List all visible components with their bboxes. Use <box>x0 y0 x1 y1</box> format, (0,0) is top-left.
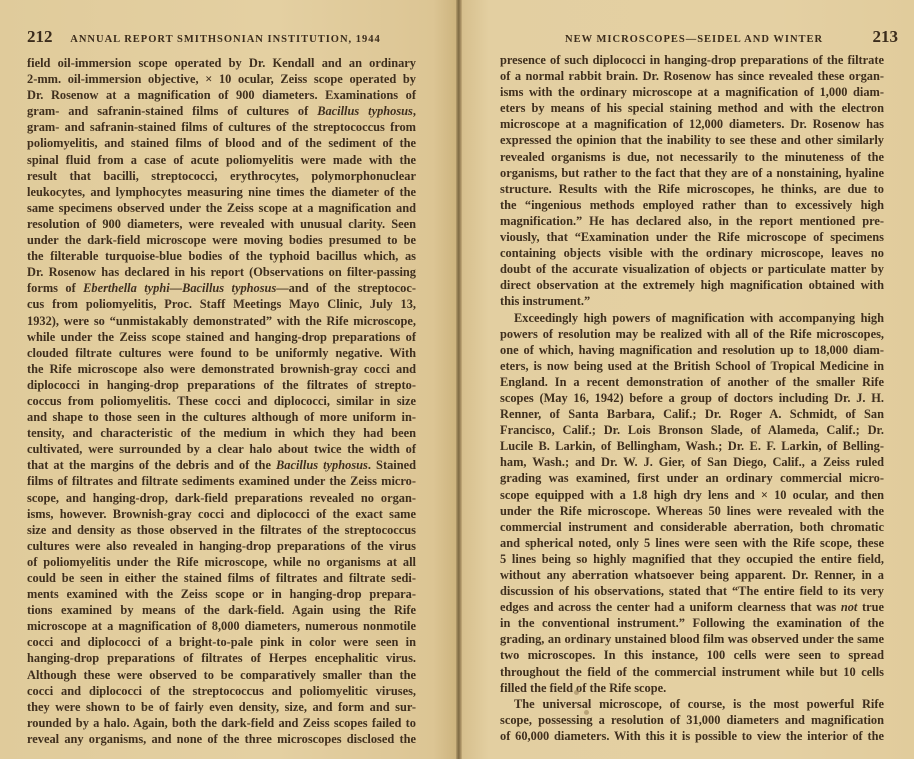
text-line: throughout the field of the commercial i… <box>500 664 884 680</box>
text-line: 5 lines being so highly magnified that t… <box>500 551 884 567</box>
text-line: cocci and diplococci of the streptococcu… <box>27 683 416 699</box>
left-page: 212 ANNUAL REPORT SMITHSONIAN INSTITUTIO… <box>0 0 456 759</box>
text-line: 1932), were so “unmistakably demonstrate… <box>27 313 416 329</box>
text-line: grading, an ordinary unstained blood fil… <box>500 631 884 647</box>
text-line: rounded by a halo. Again, both the dark-… <box>27 715 416 731</box>
text-line: poliomyelitis, and stained films of bloo… <box>27 135 416 151</box>
right-page-body-text: presence of such diplococci in hanging-d… <box>500 52 884 744</box>
text-line: forms of Eberthella typhi—Bacillus typho… <box>27 280 416 296</box>
text-line: while under the Zeiss scope stained and … <box>27 329 416 345</box>
text-line: scope, possessing a resolution of 31,000… <box>500 712 884 728</box>
text-line: Although these were observed to be compa… <box>27 667 416 683</box>
text-line: magnification.” He has declared also, in… <box>500 213 884 229</box>
text-line: 2-mm. oil-immersion objective, × 10 ocul… <box>27 71 416 87</box>
text-line: cocci and diplococci of a bright-to-pale… <box>27 634 416 650</box>
text-line: discussion of his observations, stated t… <box>500 583 884 599</box>
text-line: isms, however. Brownish-gray cocci and d… <box>27 506 416 522</box>
text-line: Exceedingly high powers of magnification… <box>500 310 884 326</box>
text-line: hanging-drop preparations of filtrates o… <box>27 650 416 666</box>
text-line: England. In a recent demonstration of an… <box>500 374 884 390</box>
text-line: doubt of the accurate visualization of o… <box>500 261 884 277</box>
text-line: edges and across the center had a unifor… <box>500 599 884 615</box>
text-line: one of which, having magnification and r… <box>500 342 884 358</box>
running-head-title-left: ANNUAL REPORT SMITHSONIAN INSTITUTION, 1… <box>70 34 381 45</box>
text-line: scope, and hanging-drop, dark-field prep… <box>27 490 416 506</box>
text-line: the “ingenious methods employed rather t… <box>500 197 884 213</box>
text-line: and spherical noted, only 5 lines were s… <box>500 535 884 551</box>
text-line: reveal any organisms, and none of the th… <box>27 731 416 747</box>
text-line: The universal microscope, of course, is … <box>500 696 884 712</box>
text-line: microscope at a magnification of 12,000 … <box>500 116 884 132</box>
text-line: two microscopes. In this instance, 100 c… <box>500 647 884 663</box>
text-line: spinal fluid from a case of acute poliom… <box>27 152 416 168</box>
text-line: same specimens observed under the Zeiss … <box>27 200 416 216</box>
text-line: powers of resolution may be realized wit… <box>500 326 884 342</box>
text-line: result that bacilli, streptococci, eryth… <box>27 168 416 184</box>
text-line: gram- and safranin-stained films of cult… <box>27 103 416 119</box>
text-line: clouded filtrate cultures were found to … <box>27 345 416 361</box>
text-line: leukocytes, and lymphocytes measuring ni… <box>27 184 416 200</box>
text-line: direct observation at the extremely high… <box>500 277 884 293</box>
text-line: the Rife microscope also were demonstrat… <box>27 361 416 377</box>
text-line: could be seen in either the stained film… <box>27 570 416 586</box>
text-line: tions examined by means of the dark-fiel… <box>27 602 416 618</box>
text-line: ham, Wash.; and Dr. W. J. Gier, of San D… <box>500 454 884 470</box>
italic-text: not <box>841 600 858 614</box>
paper-smudge <box>574 690 579 695</box>
text-line: Francisco, Calif.; Dr. Lois Bronson Slad… <box>500 422 884 438</box>
text-line: cus from poliomyelitis, Proc. Staff Meet… <box>27 296 416 312</box>
text-line: grading was examined, first under an ord… <box>500 470 884 486</box>
text-line: resolution of 900 diameters, were reveal… <box>27 216 416 232</box>
text-line: under the dark-field microscope were mov… <box>27 232 416 248</box>
running-head-left: 212 ANNUAL REPORT SMITHSONIAN INSTITUTIO… <box>27 27 381 47</box>
text-line: commercial instrument and considerable a… <box>500 519 884 535</box>
text-line: organisms, but rather to the fact that t… <box>500 165 884 181</box>
text-line: films of filtrates and filtrate sediment… <box>27 473 416 489</box>
text-line: under the Rife microscope. Whereas 50 li… <box>500 503 884 519</box>
text-line: eters, is now being used at the British … <box>500 358 884 374</box>
left-page-body-text: field oil-immersion scope operated by Dr… <box>27 55 416 747</box>
text-line: scopes (May 16, 1942) before a group of … <box>500 390 884 406</box>
text-line: cultures were also revealed in hanging-d… <box>27 538 416 554</box>
text-line: viously, that “Examination under the Rif… <box>500 229 884 245</box>
text-line: this instrument.” <box>500 293 884 309</box>
right-page: NEW MICROSCOPES—SEIDEL AND WINTER 213 pr… <box>462 0 914 759</box>
italic-text: Eberthella typhi—Bacillus typhosus <box>83 281 276 295</box>
text-line: gram- and safranin-stained films of cult… <box>27 119 416 135</box>
text-line: size and density as those observed in th… <box>27 522 416 538</box>
text-line: in the conventional instrument.” Followi… <box>500 615 884 631</box>
text-line: expressed the opinion that the inability… <box>500 132 884 148</box>
text-line: cultivated, were surrounded by a clear h… <box>27 441 416 457</box>
text-line: presence of such diplococci in hanging-d… <box>500 52 884 68</box>
paper-smudge <box>584 710 589 715</box>
text-line: revealed organisms is due, not necessari… <box>500 149 884 165</box>
text-line: the filterable turquoise-blue bodies of … <box>27 248 416 264</box>
text-line: structure. Results with the Rife microsc… <box>500 181 884 197</box>
text-line: coccus from poliomyelitis. These cocci a… <box>27 393 416 409</box>
text-line: of 60,000 diameters. With this it is pos… <box>500 728 884 744</box>
text-line: microscope at a magnification of 8,000 d… <box>27 618 416 634</box>
text-line: containing objects visible with the ordi… <box>500 245 884 261</box>
text-line: field oil-immersion scope operated by Dr… <box>27 55 416 71</box>
text-line: and shape to those seen in the cultures … <box>27 409 416 425</box>
text-line: tensity, and characteristic of the mediu… <box>27 425 416 441</box>
text-line: scope equipped with a 1.8 high dry lens … <box>500 487 884 503</box>
text-line: filled the field of the Rife scope. <box>500 680 884 696</box>
italic-text: Bacillus typhosus <box>317 104 413 118</box>
italic-text: Bacillus typhosus <box>276 458 368 472</box>
text-line: Dr. Rosenow has declared in his report (… <box>27 264 416 280</box>
text-line: of poliomyelitis under the Rife microsco… <box>27 554 416 570</box>
text-line: that at the margins of the debris and of… <box>27 457 416 473</box>
page-number-left: 212 <box>27 27 53 46</box>
text-line: ments examined with the Zeiss scope or i… <box>27 586 416 602</box>
text-line: eters by means of his special staining m… <box>500 100 884 116</box>
text-line: diplococci in hanging-drop preparations … <box>27 377 416 393</box>
text-line: isms with the ordinary microscope at a m… <box>500 84 884 100</box>
running-head-title-right: NEW MICROSCOPES—SEIDEL AND WINTER <box>565 34 823 45</box>
page-number-right: 213 <box>873 27 899 47</box>
book-spread: 212 ANNUAL REPORT SMITHSONIAN INSTITUTIO… <box>0 0 914 759</box>
text-line: of a normal rabbit brain. Dr. Rosenow ha… <box>500 68 884 84</box>
text-line: Renner, of Santa Barbara, Calif.; Dr. Ro… <box>500 406 884 422</box>
text-line: Lucile B. Larkin, of Bellingham, Wash.; … <box>500 438 884 454</box>
text-line: Dr. Rosenow at a magnification of 900 di… <box>27 87 416 103</box>
running-head-right: NEW MICROSCOPES—SEIDEL AND WINTER 213 <box>512 27 898 47</box>
text-line: they were shown to be of fairly even den… <box>27 699 416 715</box>
text-line: without any aberration whatsoever being … <box>500 567 884 583</box>
